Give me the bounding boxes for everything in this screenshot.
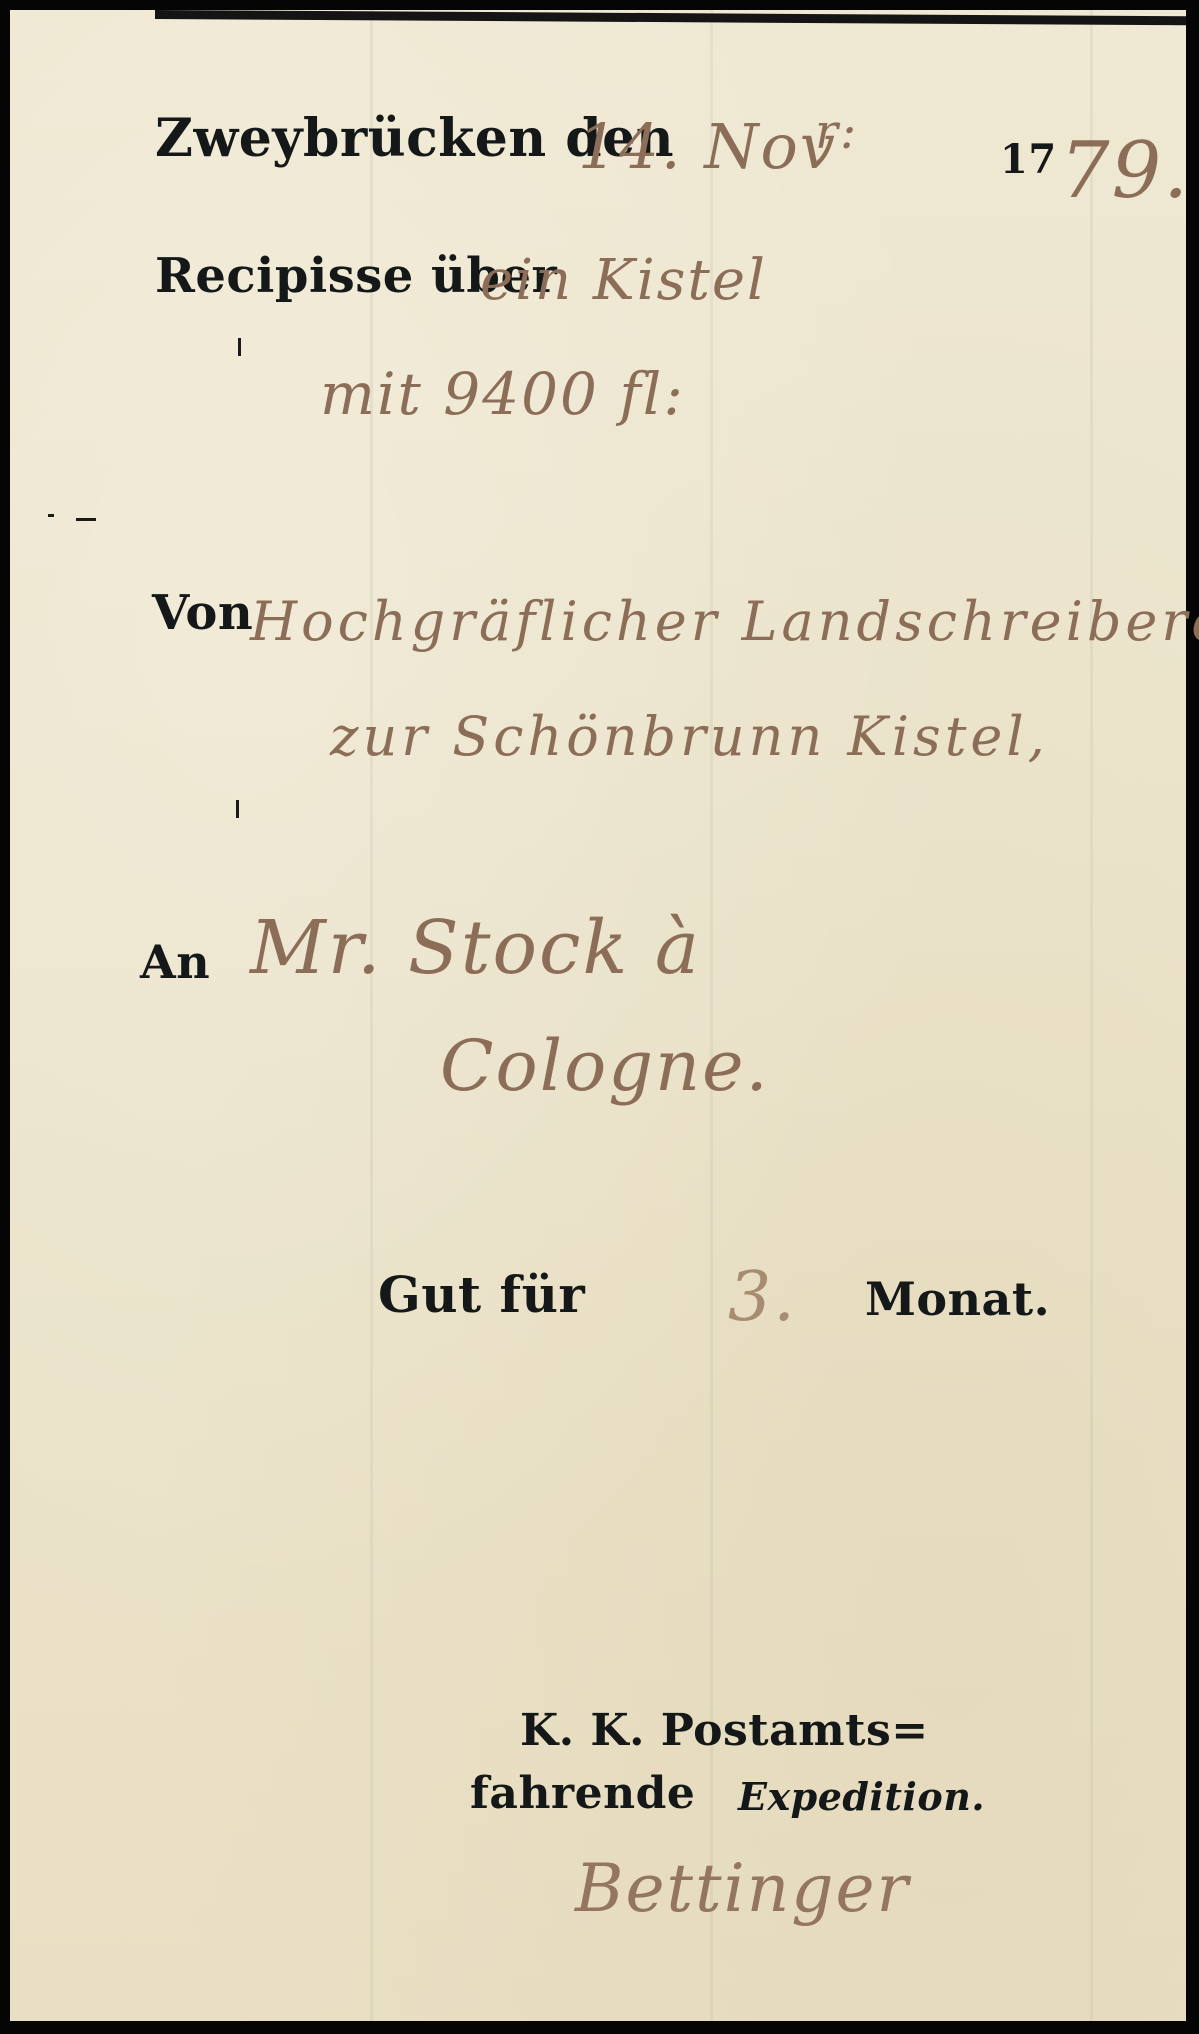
- office-line2-italic: Expedition.: [738, 1774, 985, 1819]
- to-label: An: [140, 935, 210, 989]
- ink-speck: [238, 338, 241, 356]
- from-line1-handwritten: Hochgräflicher Landschreiberei: [250, 590, 1199, 653]
- paper-fold-line: [370, 10, 373, 2021]
- year-prefix-printed: 17: [1000, 136, 1057, 183]
- ink-speck: [48, 514, 54, 517]
- date-handwritten: 14. Nov: [578, 110, 837, 183]
- item-handwritten: ein Kistel: [480, 248, 767, 313]
- office-line2-fraktur: fahrende: [470, 1768, 695, 1819]
- ink-speck: [76, 518, 96, 521]
- validity-unit-label: Monat.: [865, 1272, 1050, 1326]
- validity-months-handwritten: 3.: [728, 1258, 797, 1337]
- ink-speck: [236, 800, 239, 818]
- to-line1-handwritten: Mr. Stock à: [250, 905, 701, 991]
- to-line2-handwritten: Cologne.: [440, 1025, 770, 1107]
- office-line1: K. K. Postamts=: [520, 1705, 929, 1756]
- amount-handwritten: mit 9400 fl:: [320, 360, 685, 428]
- validity-label: Gut für: [378, 1265, 585, 1324]
- official-signature: Bettinger: [575, 1850, 910, 1927]
- from-label: Von: [152, 585, 253, 641]
- from-line2-handwritten: zur Schönbrunn Kistel,: [330, 705, 1049, 768]
- date-suffix-handwritten: r:: [815, 104, 858, 160]
- year-handwritten: 79.: [1060, 126, 1190, 216]
- paper-fold-line: [1090, 10, 1093, 2021]
